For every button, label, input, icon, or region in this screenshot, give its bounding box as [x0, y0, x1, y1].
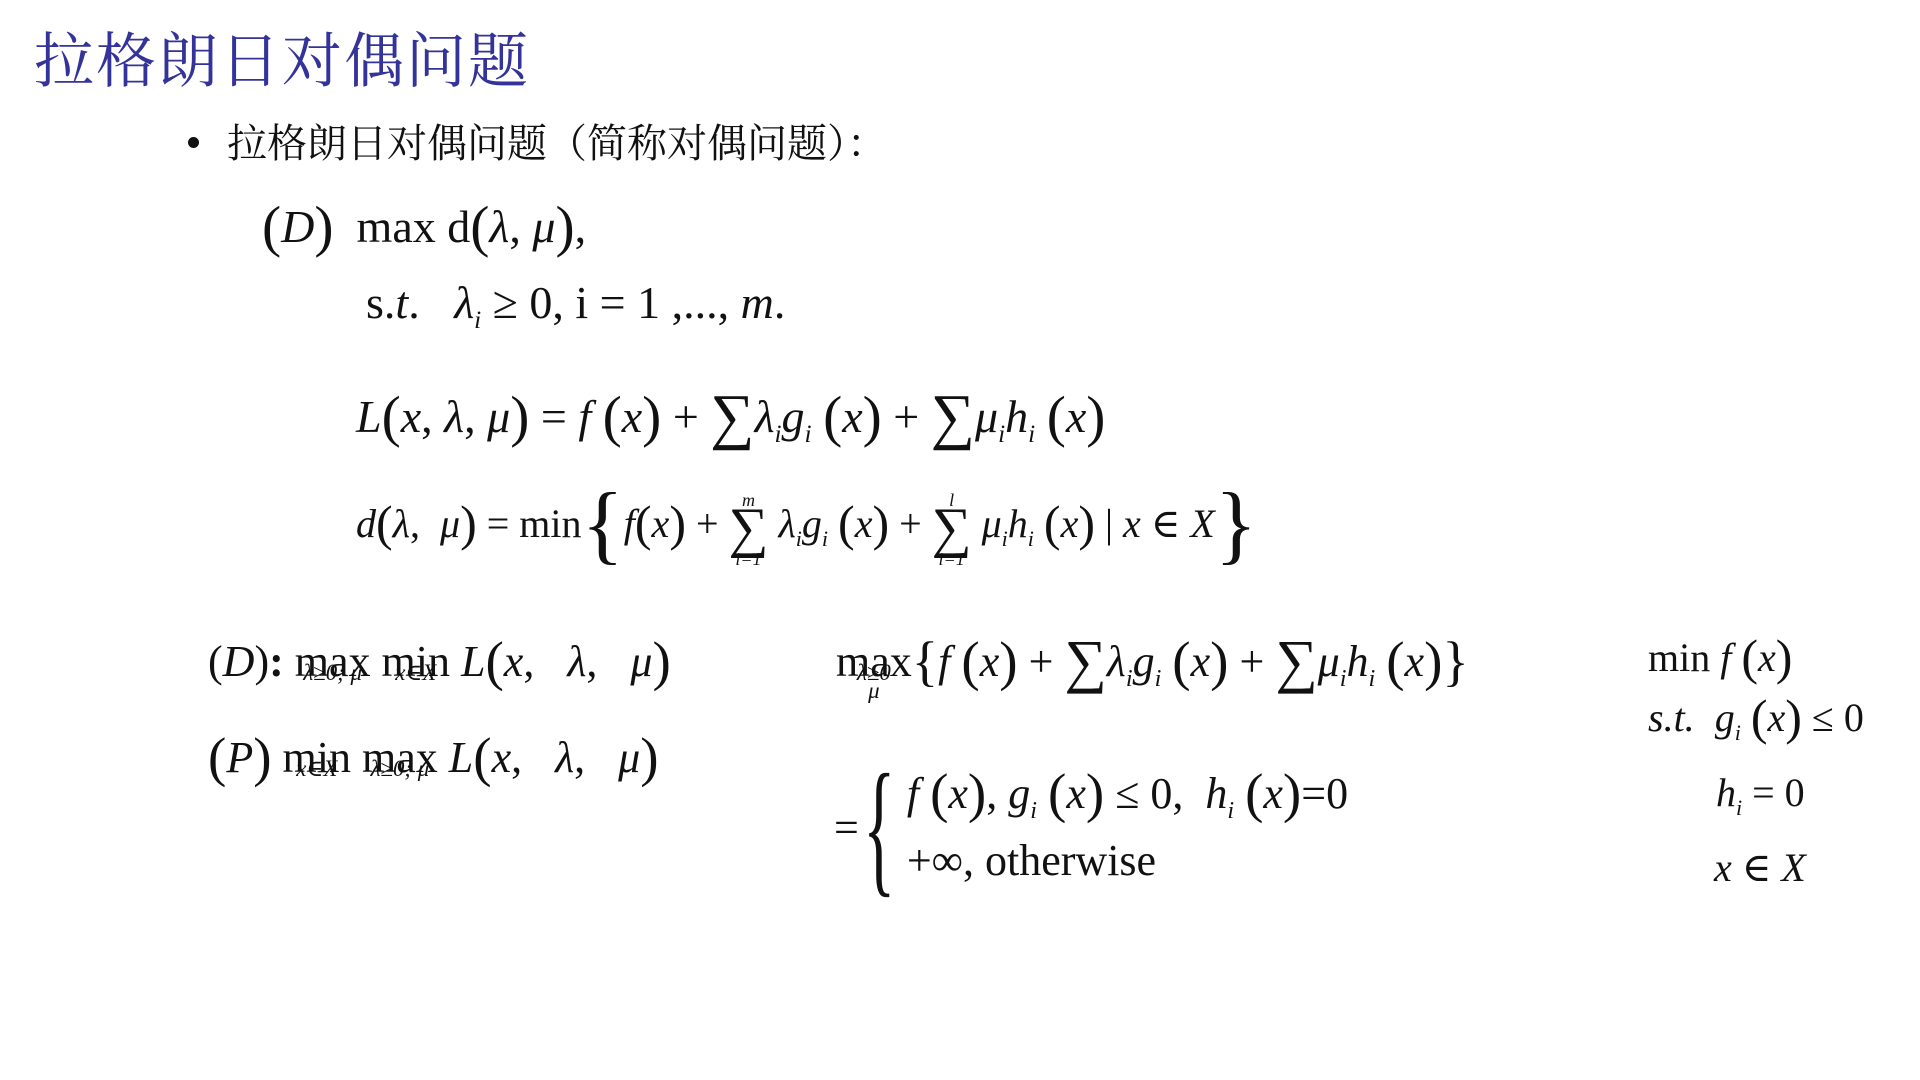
inner-max-formula: maxλ≥0μ{f (x) + ∑λigi (x) + ∑μihi (x)} — [836, 636, 1469, 693]
case-otherwise: +∞, otherwise — [907, 835, 1348, 886]
primal-constraint-g: s.t. gi (x) ≤ 0 — [1648, 688, 1864, 763]
slide-title: 拉格朗日对偶问题 — [34, 14, 530, 100]
primal-objective: min f (x) — [1648, 628, 1864, 688]
bullet-item: 拉格朗日对偶问题（简称对偶问题）： — [188, 112, 887, 169]
case-feasible: f (x), gi (x) ≤ 0, hi (x)=0 — [907, 768, 1348, 825]
dual-problem-objective: (D) max d(λ, μ), — [262, 200, 586, 253]
dual-function-formula: d(λ, μ) = min{f(x) + m∑i=1 λigi (x) + l∑… — [356, 500, 1257, 556]
bullet-text: 拉格朗日对偶问题（简称对偶问题）： — [227, 121, 887, 167]
dual-problem-constraint: s.t. λi ≥ 0, i = 1 ,..., m. — [366, 276, 785, 335]
lagrangian-formula: L(x, λ, μ) = f (x) + ∑λigi (x) + ∑μihi (… — [356, 390, 1105, 449]
primal-problem: min f (x) s.t. gi (x) ≤ 0 hi = 0 x ∈ X — [1648, 628, 1864, 898]
primal-minmax-formula: (P) minx∈X maxλ≥0; μ L(x, λ, μ) — [208, 732, 659, 783]
cases-formula: = { f (x), gi (x) ≤ 0, hi (x)=0 +∞, othe… — [834, 752, 1348, 902]
primal-constraint-h: hi = 0 — [1648, 763, 1864, 838]
bullet-dot-icon — [188, 137, 199, 148]
cases-brace: { — [863, 752, 881, 902]
primal-constraint-x: x ∈ X — [1648, 838, 1864, 898]
dual-maxmin-formula: (D): maxλ≥0; μ minx∈X L(x, λ, μ) — [208, 636, 671, 687]
